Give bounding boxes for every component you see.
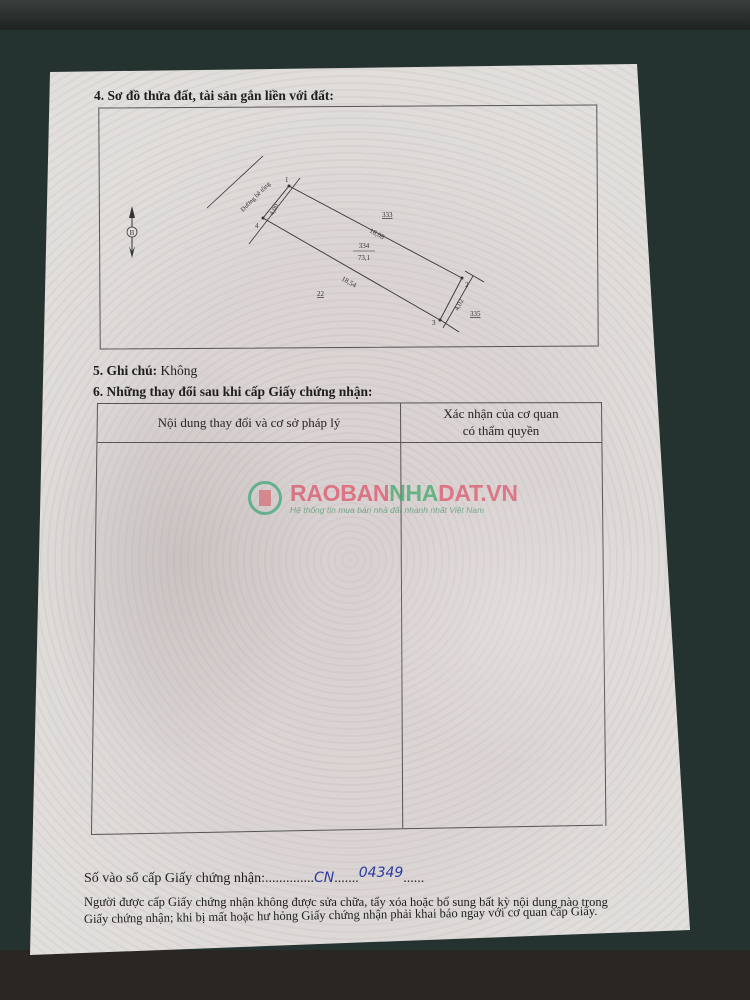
svg-text:18,54: 18,54 <box>340 275 358 290</box>
svg-text:334: 334 <box>359 242 370 250</box>
column-header-change-content: Nội dung thay đổi và cơ sở pháp lý <box>100 414 398 431</box>
section-5-note: 5. Ghi chú: Không <box>93 363 197 379</box>
land-parcel-diagram: B Đường bê tông 1 2 3 4 18,08 18,54 4,00… <box>99 106 599 346</box>
svg-text:73,1: 73,1 <box>358 254 371 262</box>
handwritten-registry-number: 04349 <box>359 865 404 881</box>
background-table-surface <box>0 950 750 1000</box>
svg-text:335: 335 <box>470 310 481 318</box>
raobannhadat-logo-icon <box>248 481 282 515</box>
column-header-authority-confirmation: Xác nhận của cơ quan có thẩm quyền <box>402 405 600 439</box>
section-6-title: 6. Những thay đổi sau khi cấp Giấy chứng… <box>93 384 373 400</box>
svg-text:18,08: 18,08 <box>368 227 386 242</box>
watermark-tagline: Hệ thống tin mua bán nhà đất nhanh nhất … <box>290 505 484 515</box>
svg-text:B: B <box>130 229 135 237</box>
svg-text:Đường bê tông: Đường bê tông <box>239 180 272 213</box>
svg-text:4,00: 4,00 <box>268 202 281 217</box>
note-label: 5. Ghi chú: <box>93 363 157 378</box>
watermark-brand: RAOBANNHADAT.VN <box>290 480 518 507</box>
handwritten-prefix: CN <box>314 870 334 886</box>
registry-number-line: Số vào sổ cấp Giấy chứng nhận:..........… <box>84 870 424 887</box>
raobannhadat-watermark: RAOBANNHADAT.VN Hệ thống tin mua bán nhà… <box>248 478 518 524</box>
background-surface-top <box>0 0 750 30</box>
note-value: Không <box>161 363 198 378</box>
svg-text:4,02: 4,02 <box>453 297 466 312</box>
svg-text:22: 22 <box>317 290 325 298</box>
section-4-title: 4. Sơ đồ thửa đất, tài sản gắn liền với … <box>94 88 334 104</box>
svg-text:3: 3 <box>432 319 436 327</box>
north-arrow-icon: B <box>127 206 137 258</box>
svg-text:1: 1 <box>285 176 289 184</box>
registry-label: Số vào sổ cấp Giấy chứng nhận: <box>84 871 265 886</box>
svg-text:2: 2 <box>465 281 469 289</box>
svg-text:4: 4 <box>255 222 259 230</box>
svg-text:333: 333 <box>382 211 393 219</box>
